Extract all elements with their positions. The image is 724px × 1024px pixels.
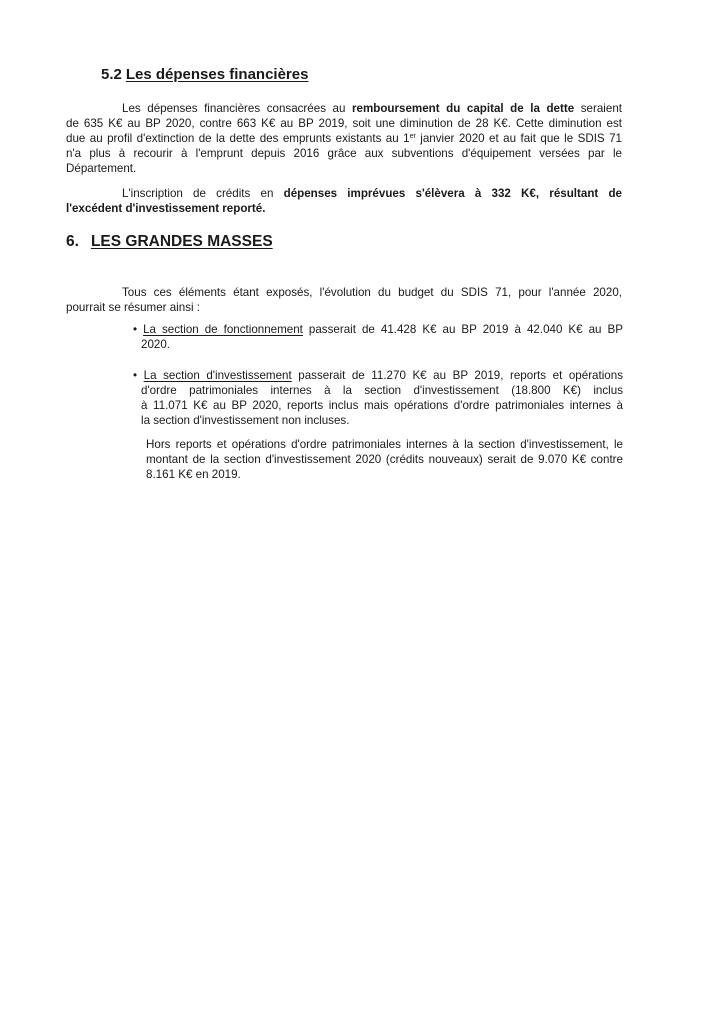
text-line: 8.161 K€ en 2019. <box>146 467 623 482</box>
underlined-text: La section d'investissement <box>144 369 292 382</box>
text-line: la section d'investissement non incluses… <box>133 413 623 428</box>
document-page: 5.2Les dépenses financières Les dépenses… <box>0 0 724 1024</box>
bold-text: remboursement du capital de la dette <box>352 102 574 115</box>
text-line: • La section d'investissement passerait … <box>133 368 623 383</box>
text-line: • La section de fonctionnement passerait… <box>133 322 623 337</box>
text-line: n'a plus à recourir à l'emprunt depuis 2… <box>66 146 622 161</box>
section-title: Les dépenses financières <box>126 66 309 83</box>
unforeseen-expenses-paragraph: L'inscription de crédits en dépenses imp… <box>66 186 622 216</box>
text-line: Hors reports et opérations d'ordre patri… <box>146 437 623 452</box>
financial-expenses-paragraph: Les dépenses financières consacrées au r… <box>66 101 622 176</box>
section-title: LES GRANDES MASSES <box>91 233 273 250</box>
text-line: L'inscription de crédits en dépenses imp… <box>66 186 622 201</box>
bold-text: dépenses imprévues s'élèvera à 332 K€, r… <box>284 187 622 200</box>
text-line: 2020. <box>133 337 623 352</box>
section-number: 6. <box>66 233 79 250</box>
text-line: pourrait se résumer ainsi : <box>66 300 622 315</box>
closing-paragraph: Hors reports et opérations d'ordre patri… <box>146 437 623 482</box>
section-number: 5.2 <box>101 66 122 83</box>
bullet-item-investissement: • La section d'investissement passerait … <box>133 368 623 428</box>
text-line: l'excédent d'investissement reporté. <box>66 201 622 216</box>
text-line: d'ordre patrimoniales internes à la sect… <box>133 383 623 398</box>
bold-text: l'excédent d'investissement reporté. <box>66 202 265 215</box>
underlined-text: La section de fonctionnement <box>143 323 303 336</box>
text-line: à 11.071 K€ au BP 2020, reports inclus m… <box>133 398 623 413</box>
bullet-item-fonctionnement: • La section de fonctionnement passerait… <box>133 322 623 352</box>
text-line: de 635 K€ au BP 2020, contre 663 K€ au B… <box>66 116 622 131</box>
text-line: montant de la section d'investissement 2… <box>146 452 623 467</box>
text-line: due au profil d'extinction de la dette d… <box>66 131 622 146</box>
text-line: Département. <box>66 161 622 176</box>
intro-paragraph: Tous ces éléments étant exposés, l'évolu… <box>66 285 622 315</box>
section-5-2-heading: 5.2Les dépenses financières <box>101 67 308 82</box>
text-line: Tous ces éléments étant exposés, l'évolu… <box>66 285 622 300</box>
bullet-icon: • <box>133 323 137 336</box>
bullet-icon: • <box>133 369 137 382</box>
text-line: Les dépenses financières consacrées au r… <box>66 101 622 116</box>
section-6-heading: 6.LES GRANDES MASSES <box>66 234 273 249</box>
